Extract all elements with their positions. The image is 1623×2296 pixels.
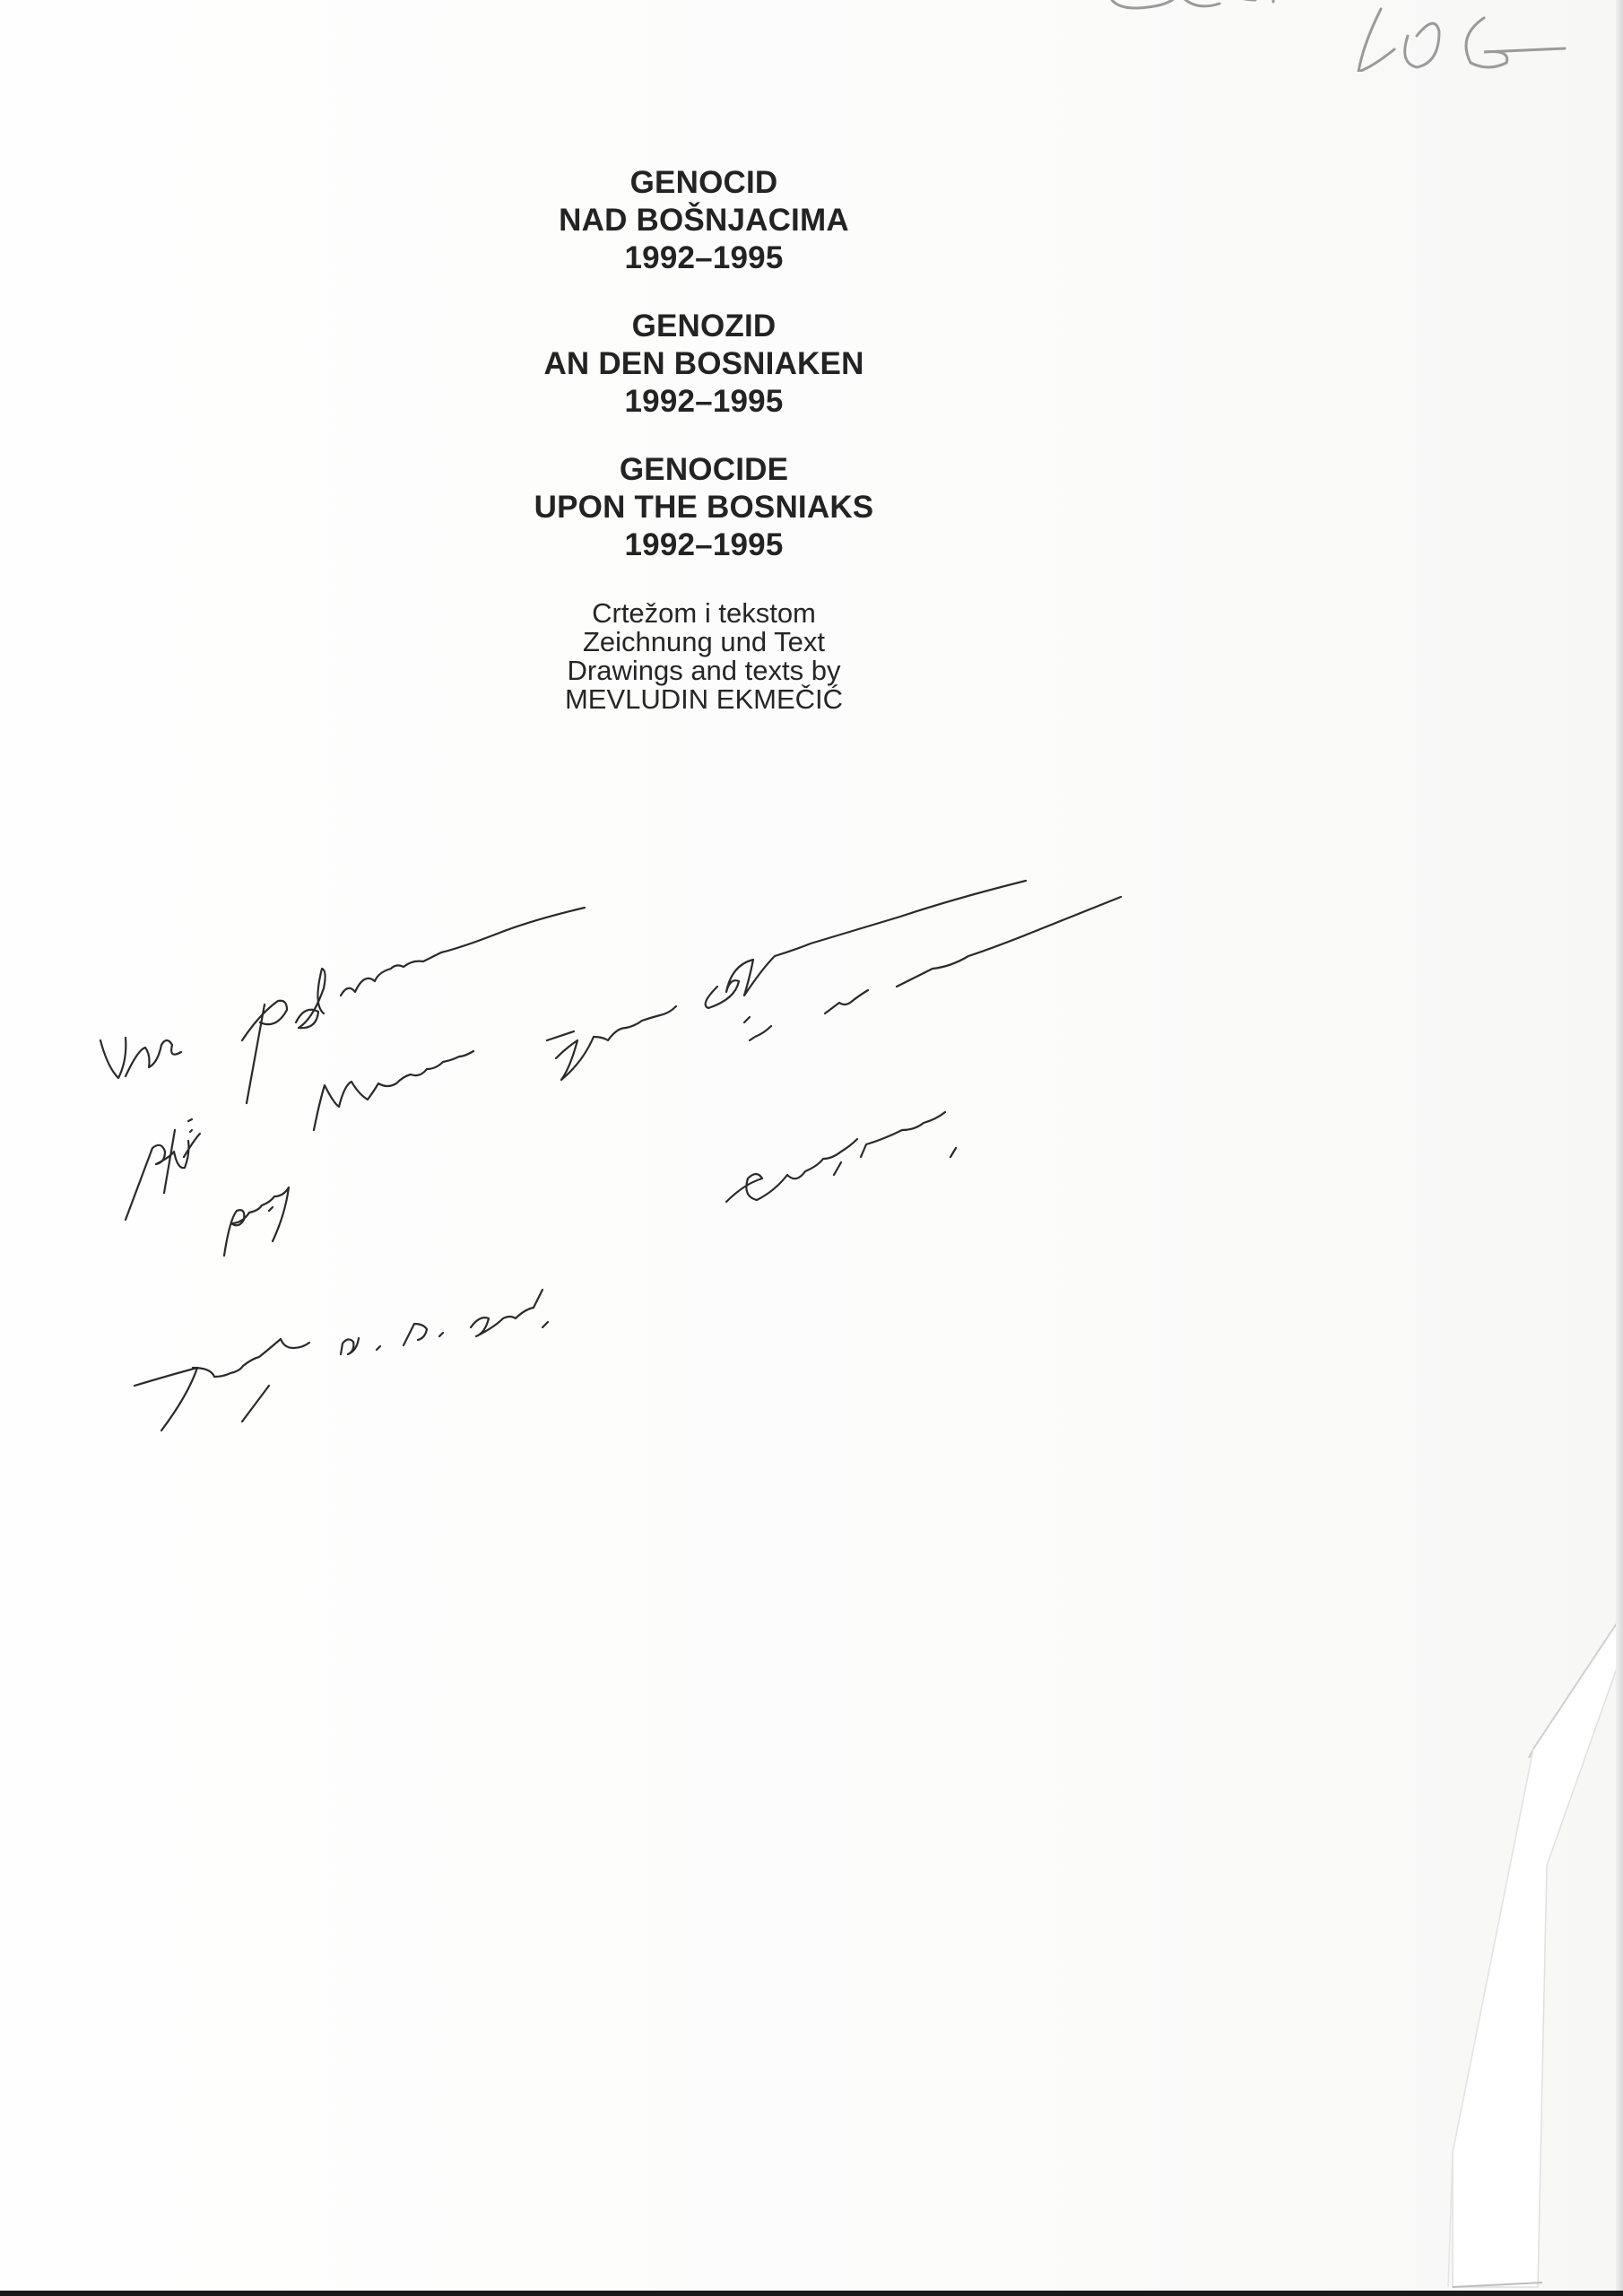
author-name: MEVLUDIN EKMEČIĆ (430, 685, 977, 714)
title-line: NAD BOŠNJACIMA (430, 202, 977, 239)
title-line: GENOCIDE (430, 451, 977, 489)
title-line: GENOCID (430, 164, 977, 202)
title-line: GENOZID (430, 308, 977, 345)
credit-line-english: Drawings and texts by (430, 657, 977, 685)
page-edge-right (1616, 0, 1623, 2296)
credit-line-german: Zeichnung und Text (430, 628, 977, 657)
folded-page-corner (1399, 1570, 1623, 2296)
title-german: GENOZID AN DEN BOSNIAKEN 1992–1995 (430, 308, 977, 421)
title-line: UPON THE BOSNIAKS (430, 489, 977, 526)
title-years: 1992–1995 (430, 383, 977, 421)
credit-line-bosnian: Crtežom i tekstom (430, 599, 977, 628)
pencil-note (1085, 0, 1587, 72)
scanned-page: GENOCID NAD BOŠNJACIMA 1992–1995 GENOZID… (0, 0, 1623, 2296)
title-line: AN DEN BOSNIAKEN (430, 345, 977, 383)
title-years: 1992–1995 (430, 239, 977, 277)
title-bosnian: GENOCID NAD BOŠNJACIMA 1992–1995 (430, 164, 977, 277)
title-years: 1992–1995 (430, 526, 977, 564)
credits: Crtežom i tekstom Zeichnung und Text Dra… (430, 599, 977, 714)
page-edge-bottom (0, 2291, 1623, 2296)
title-english: GENOCIDE UPON THE BOSNIAKS 1992–1995 (430, 451, 977, 564)
